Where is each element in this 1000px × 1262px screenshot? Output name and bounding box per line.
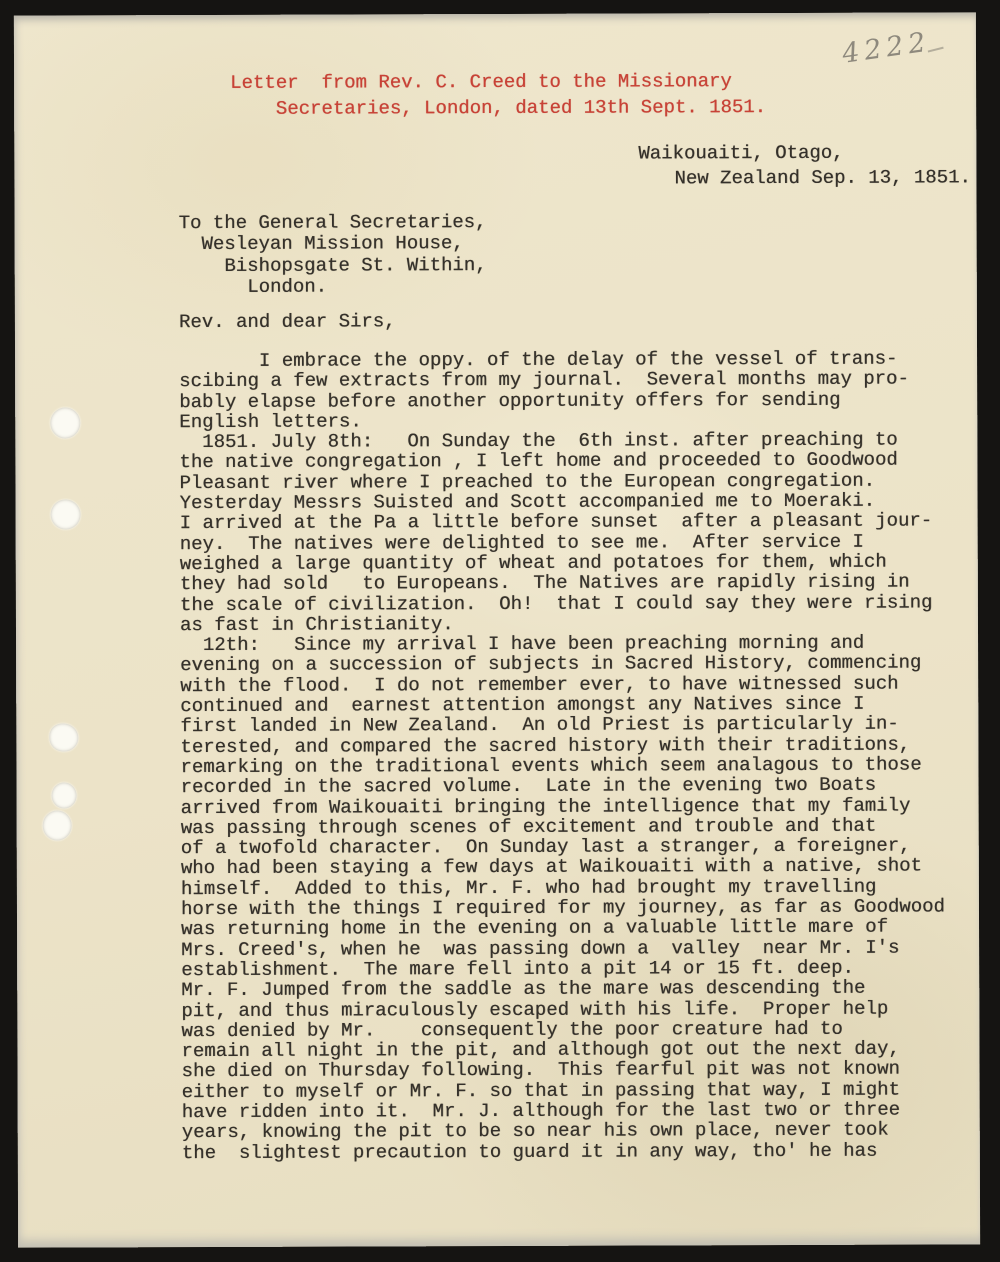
recipient-line-3: Bishopsgate St. Within, bbox=[179, 254, 487, 277]
letter-title-line-1: Letter from Rev. C. Creed to the Mission… bbox=[230, 70, 732, 94]
recipient-line-4: London. bbox=[179, 275, 327, 298]
letter-salutation: Rev. and dear Sirs, bbox=[179, 311, 396, 332]
letter-dateline-place: Waikouaiti, Otago, bbox=[638, 143, 843, 164]
recipient-line-1: To the General Secretaries, bbox=[179, 211, 487, 234]
punch-hole bbox=[52, 782, 77, 808]
punch-hole bbox=[49, 723, 78, 751]
letter-recipient-address: To the General Secretaries, Wesleyan Mis… bbox=[179, 212, 487, 298]
letter-paper: 4222 Letter from Rev. C. Creed to the Mi… bbox=[14, 12, 980, 1247]
scan-background: { "document": { "catalog_number": "4222"… bbox=[0, 0, 1000, 1262]
letter-line: bably elapse before another opportunity … bbox=[179, 389, 943, 412]
letter-title: Letter from Rev. C. Creed to the Mission… bbox=[230, 69, 766, 122]
letter-title-line-2: Secretaries, London, dated 13th Sept. 18… bbox=[230, 96, 766, 120]
punch-hole bbox=[51, 499, 81, 529]
catalog-number-handwritten: 4222 bbox=[840, 26, 932, 69]
letter-line: the slightest precaution to guard it in … bbox=[182, 1140, 946, 1163]
letter-body: I embrace the oppy. of the delay of the … bbox=[179, 348, 946, 1163]
recipient-line-2: Wesleyan Mission House, bbox=[179, 232, 464, 255]
letter-dateline-date: New Zealand Sep. 13, 1851. bbox=[674, 167, 971, 188]
letter-line: the scale of civilization. Oh! that I co… bbox=[180, 592, 944, 615]
punch-hole bbox=[50, 407, 80, 438]
punch-hole bbox=[43, 810, 72, 840]
